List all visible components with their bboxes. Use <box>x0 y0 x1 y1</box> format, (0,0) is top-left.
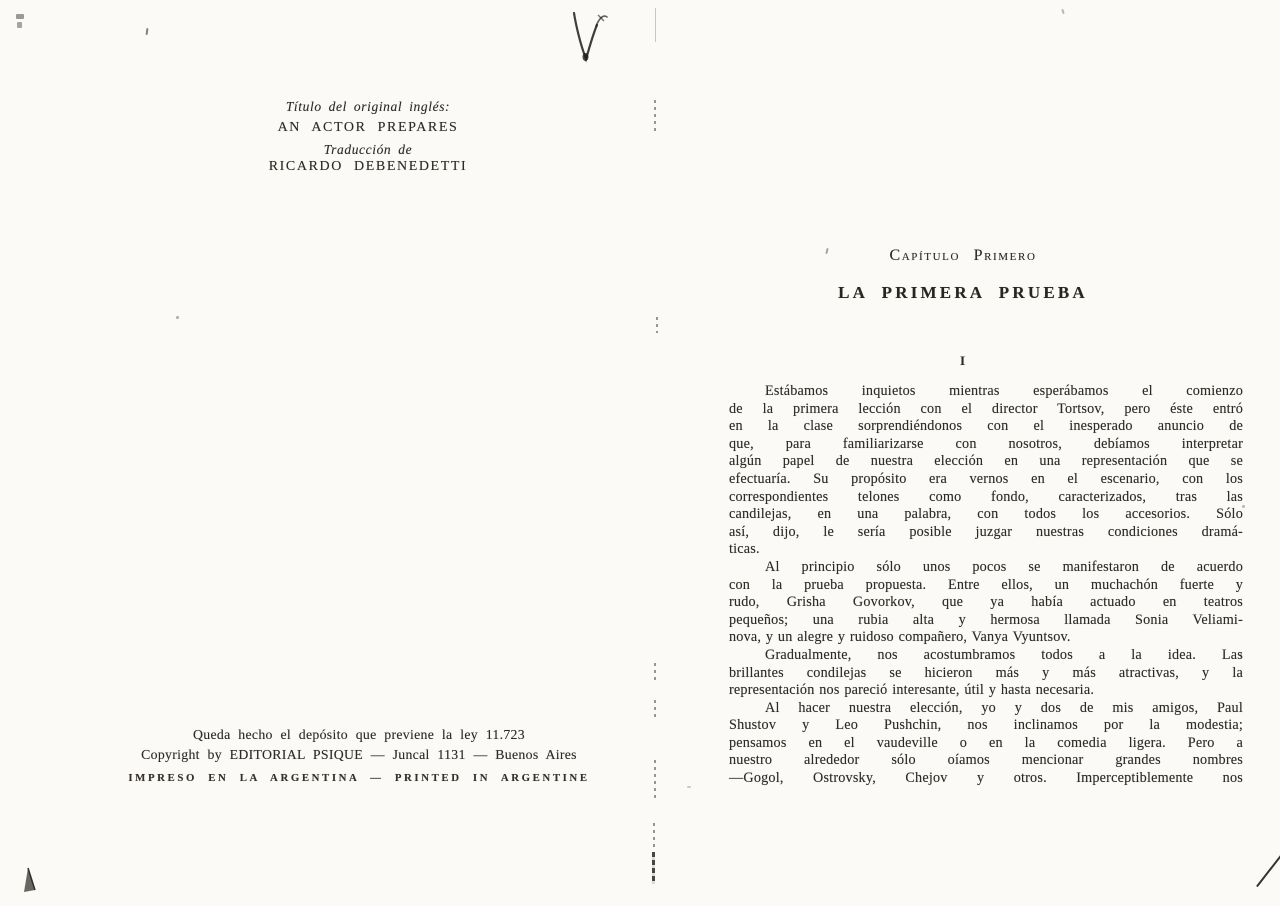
original-title-label: Título del original inglés: <box>150 99 586 115</box>
gutter-mark <box>654 700 656 717</box>
text-line: en la clase sorprendiéndonos con el ines… <box>729 418 1243 436</box>
stray-mark <box>176 316 179 319</box>
paragraph: Gradualmente, nos acostumbramos todos a … <box>729 647 1243 700</box>
paragraph: Al hacer nuestra elección, yo y dos de m… <box>729 700 1243 788</box>
original-title: AN ACTOR PREPARES <box>150 120 586 136</box>
tick-mark <box>146 28 148 35</box>
gutter-mark-dark <box>652 852 655 884</box>
body-text: Estábamos inquietos mientras esperábamos… <box>729 383 1243 788</box>
printed-notice: IMPRESO EN LA ARGENTINA — PRINTED IN ARG… <box>100 771 618 785</box>
imprint-block: Queda hecho el depósito que previene la … <box>100 726 618 785</box>
text-line: Gradualmente, nos acostumbramos todos a … <box>729 647 1243 665</box>
pen-stroke-bottom-right <box>1256 854 1280 887</box>
gutter-mark <box>654 100 656 132</box>
gutter-mark <box>653 823 655 849</box>
stray-mark <box>1240 653 1242 658</box>
title-block: Título del original inglés: AN ACTOR PRE… <box>150 99 586 175</box>
text-line: de la primera lección con el director To… <box>729 401 1243 419</box>
text-line: nuestro alrededor sólo oíamos mencionar … <box>729 752 1243 770</box>
text-line: que, para familiarizarse con nosotros, d… <box>729 436 1243 454</box>
text-line: algún papel de nuestra elección en una r… <box>729 453 1243 471</box>
paragraph: Estábamos inquietos mientras esperábamos… <box>729 383 1243 559</box>
chapter-title: LA PRIMERA PRUEBA <box>706 283 1220 303</box>
gutter-mark <box>654 760 656 800</box>
text-line: así, dijo, le sería posible juzgar nuest… <box>729 524 1243 542</box>
text-line: Al principio sólo unos pocos se manifest… <box>729 559 1243 577</box>
text-line: candilejas, en una palabra, con todos lo… <box>729 506 1243 524</box>
pen-checkmark <box>565 6 613 66</box>
pen-mark-bottom-left <box>20 864 42 898</box>
text-line: Shustov y Leo Pushchin, nos inclinamos p… <box>729 717 1243 735</box>
stray-mark <box>1242 505 1245 508</box>
text-line: Estábamos inquietos mientras esperábamos… <box>729 383 1243 401</box>
text-line: pequeños; una rubia alta y hermosa llama… <box>729 612 1243 630</box>
ink-smudge <box>17 22 22 28</box>
text-line: rudo, Grisha Govorkov, que ya había actu… <box>729 594 1243 612</box>
text-line: Al hacer nuestra elección, yo y dos de m… <box>729 700 1243 718</box>
text-line: representación nos pareció interesante, … <box>729 682 1243 700</box>
stray-mark <box>1061 9 1064 14</box>
text-line: correspondientes telones como fondo, car… <box>729 489 1243 507</box>
text-line: nova, y un alegre y ruidoso compañero, V… <box>729 629 1243 647</box>
section-number: I <box>706 353 1220 369</box>
ink-smudge <box>16 14 24 19</box>
text-line: efectuaría. Su propósito era vernos en e… <box>729 471 1243 489</box>
paragraph: Al principio sólo unos pocos se manifest… <box>729 559 1243 647</box>
text-line: pensamos en el vaudeville o en la comedi… <box>729 735 1243 753</box>
fold-line-top <box>655 8 656 42</box>
copyright-notice: Copyright by EDITORIAL PSIQUE — Juncal 1… <box>100 746 618 763</box>
book-scan-page: Título del original inglés: AN ACTOR PRE… <box>0 0 1280 906</box>
text-line: con la prueba propuesta. Entre ellos, un… <box>729 577 1243 595</box>
translation-label: Traducción de <box>150 142 586 158</box>
stray-mark <box>687 786 691 788</box>
text-line: —Gogol, Ostrovsky, Chejov y otros. Imper… <box>729 770 1243 788</box>
gutter-mark <box>654 663 656 683</box>
text-line: brillantes condilejas se hicieron más y … <box>729 665 1243 683</box>
translator-name: RICARDO DEBENEDETTI <box>150 159 586 175</box>
gutter-mark <box>656 317 658 333</box>
chapter-heading: Capítulo Primero <box>706 247 1220 265</box>
deposit-notice: Queda hecho el depósito que previene la … <box>100 726 618 743</box>
text-line: ticas. <box>729 541 1243 559</box>
